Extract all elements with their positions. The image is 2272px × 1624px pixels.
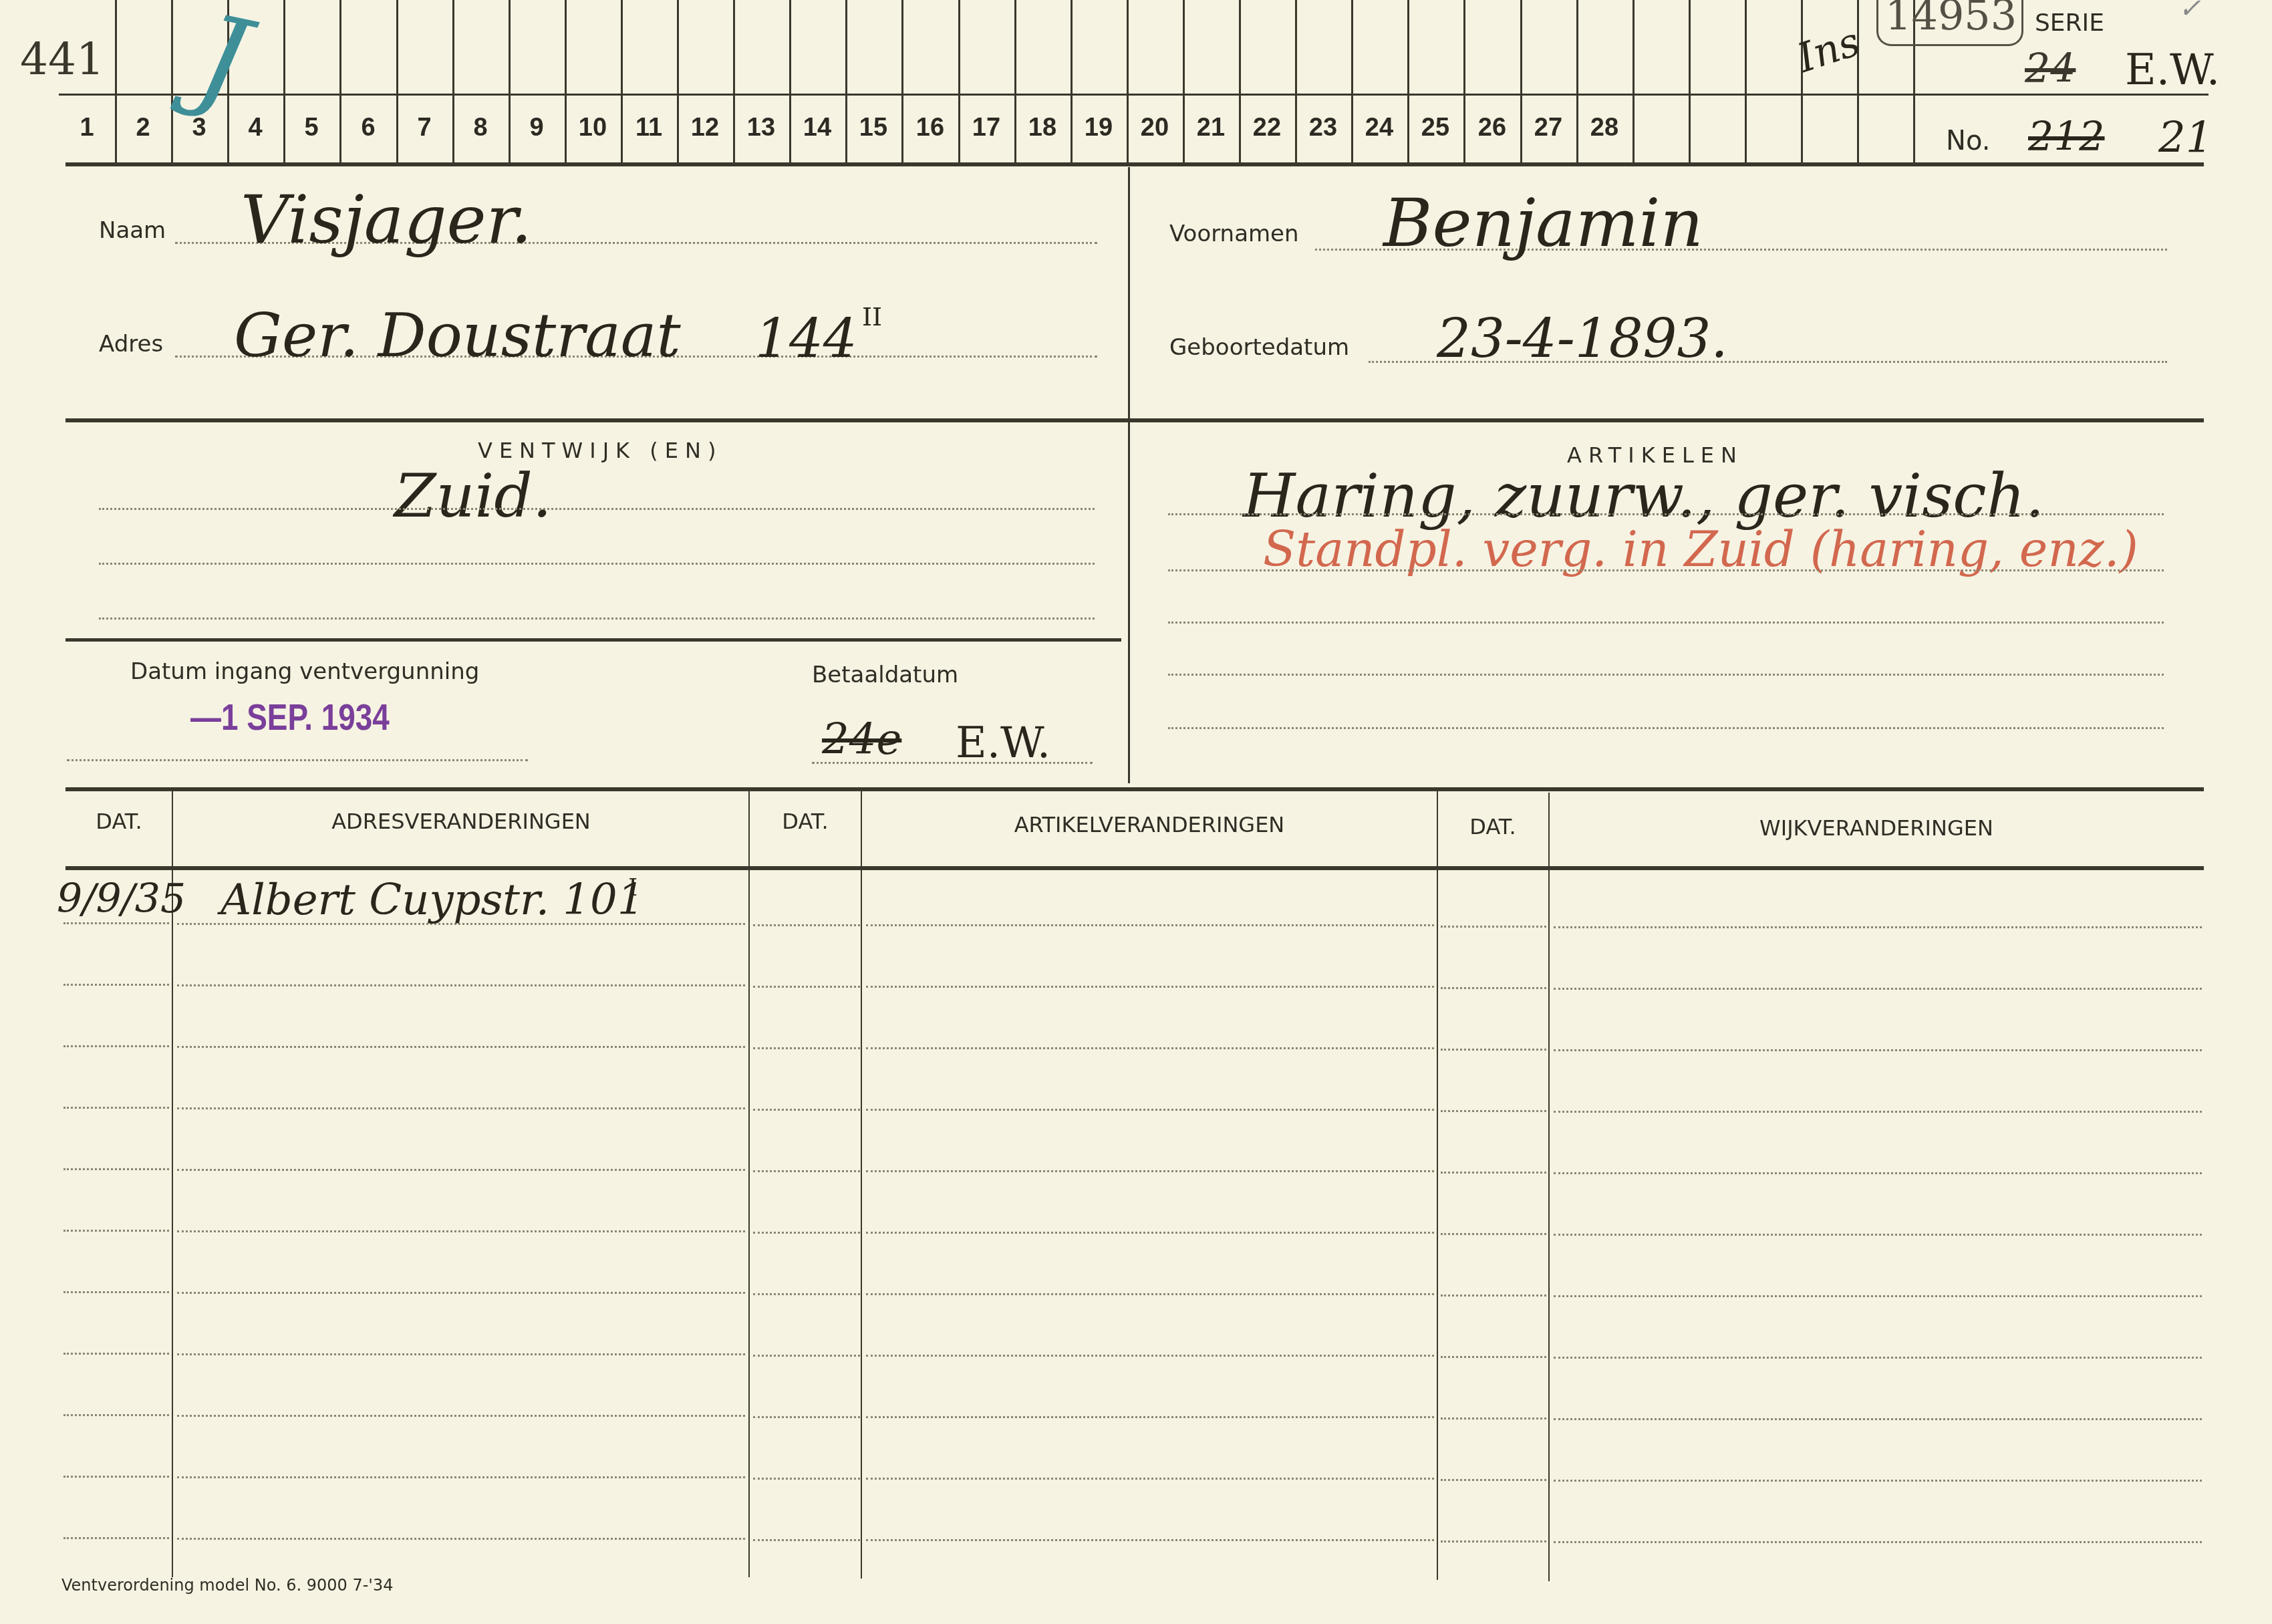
col-divider-3 [861,790,862,1579]
grid-number-2: 2 [115,114,171,142]
table-row-line [866,1293,1434,1295]
header-wijk-dat: DAT. [1437,814,1549,839]
table-row-line [1554,926,2202,928]
table-row-line [866,1170,1434,1172]
grid-number-14: 14 [789,114,845,142]
table-row-line [63,1168,169,1170]
number-label: No. [1946,126,1990,156]
table-row-line [866,924,1434,926]
ventwijk-line-2 [99,563,1095,565]
grid-column-line [1801,0,1803,164]
betaaldatum-label: Betaaldatum [812,662,958,688]
stamp-number-box: 14953 [1876,0,2023,46]
check-mark: ✓ [2178,0,2201,24]
grid-number-7: 7 [396,114,452,142]
table-row-line [63,984,169,986]
table-row-line [1441,1172,1546,1174]
geboortedatum-label: Geboortedatum [1169,334,1349,361]
artikelen-line-1 [1168,513,2164,515]
section-divider [1128,167,1130,421]
grid-number-10: 10 [565,114,621,142]
table-row-line [753,1047,860,1049]
table-row-line [1441,1417,1546,1419]
grid-column-line [1857,0,1859,164]
table-row-line [63,1537,169,1539]
table-row-line [753,1293,860,1295]
header-adres-dat: DAT. [65,809,172,834]
artikelen-line-3 [1168,622,2164,624]
row-adres-floor: I [628,874,637,902]
table-row-line [753,1539,860,1541]
table-row-line [1441,1233,1546,1235]
table-row-line [1554,1295,2202,1297]
table-row-line [1441,926,1546,928]
grid-number-13: 13 [733,114,789,142]
adres-label: Adres [99,331,163,358]
grid-column-line [1689,0,1691,164]
datum-ingang-stamp: —1 SEP. 1934 [190,695,390,738]
table-row-line [866,1478,1434,1480]
table-row-line [753,1478,860,1480]
grid-number-18: 18 [1014,114,1071,142]
ventwijk-title: VENTWIJK (EN) [478,438,722,463]
table-row-line [177,1292,745,1294]
table-row-line [1441,1356,1546,1358]
table-row-line [177,1169,745,1171]
naam-value[interactable]: Visjager. [241,180,532,259]
table-row-line [753,924,860,926]
serie-label: SERIE [2035,9,2104,37]
table-row-line [63,1107,169,1109]
ventwijk-line-1 [99,508,1095,510]
table-top-rule [65,787,2204,791]
stamp-number: 14953 [1885,0,2017,39]
table-row-line [177,1538,745,1540]
voornamen-value[interactable]: Benjamin [1383,184,1703,262]
header-adresveranderingen: ADRESVERANDERINGEN [174,809,748,834]
grid-number-12: 12 [677,114,733,142]
serie-underline [1928,94,2209,96]
grid-number-1: 1 [59,114,115,142]
table-row-line [1554,1480,2202,1482]
geboortedatum-value[interactable]: 23-4-1893. [1437,307,1728,370]
table-row-line [753,1355,860,1357]
grid-number-22: 22 [1239,114,1295,142]
ventwijk-value[interactable]: Zuid. [394,461,552,531]
table-row-line [753,1416,860,1418]
grid-number-19: 19 [1071,114,1127,142]
table-row-line [1554,1418,2202,1420]
grid-number-24: 24 [1351,114,1407,142]
grid-number-15: 15 [845,114,901,142]
section-divider-2 [1128,422,1130,783]
artikelen-line-5 [1168,727,2164,729]
table-row-line [866,1047,1434,1049]
col-divider-2 [748,789,750,1577]
table-row-line [63,1414,169,1416]
grid-number-23: 23 [1295,114,1351,142]
grid-bottom-rule [65,162,2204,166]
row-adres-date[interactable]: 9/9/35 [57,875,186,922]
table-row-line [177,1107,745,1109]
table-row-line [753,986,860,988]
datum-ingang-line [67,759,528,761]
section-rule [65,418,2204,422]
table-header-rule [65,866,2204,870]
grid-number-9: 9 [509,114,565,142]
ventwijk-line-3 [99,618,1095,620]
number-old-value: 212 [2028,114,2105,160]
grid-number-21: 21 [1183,114,1239,142]
table-row-line [866,1416,1434,1418]
voornamen-label: Voornamen [1169,221,1299,247]
header-wijkveranderingen: WIJKVERANDERINGEN [1549,815,2204,841]
adres-value[interactable]: Ger. Doustraat [234,301,681,371]
serie-new-value: E.W. [2125,45,2220,95]
table-row-line [866,986,1434,988]
table-row-line [63,1230,169,1232]
table-row-line [866,1232,1434,1234]
footer-model-text: Ventverordening model No. 6. 9000 7-'34 [61,1576,393,1595]
adres-floor: II [862,302,882,331]
artikelen-line-2 [1168,569,2164,571]
serie-old-value: 24 [2025,45,2076,92]
table-row-line [177,1353,745,1355]
table-row-line [177,1476,745,1478]
corner-number: 441 [20,33,104,85]
naam-label: Naam [99,217,166,244]
table-row-line [177,1046,745,1048]
table-row-line [63,922,169,924]
table-row-line [1441,1295,1546,1297]
betaaldatum-old: 24e [822,715,901,765]
table-row-line [1441,1110,1546,1112]
table-row-line [1441,1479,1546,1481]
grid-number-5: 5 [283,114,339,142]
table-row-line [177,1230,745,1232]
ventwijk-bottom-rule [65,638,1121,642]
table-row-line [63,1476,169,1478]
table-row-line [63,1045,169,1047]
artikelen-line-4 [1168,674,2164,676]
col-divider-5 [1548,793,1550,1581]
table-row-line [866,1109,1434,1111]
betaaldatum-new[interactable]: E.W. [956,718,1050,768]
betaaldatum-line [812,762,1093,764]
table-row-line [177,1415,745,1417]
header-artikelveranderingen: ARTIKELVERANDERINGEN [862,812,1437,837]
row-adres-value[interactable]: Albert Cuypstr. 101 [221,875,644,925]
table-row-line [177,984,745,986]
grid-number-25: 25 [1407,114,1463,142]
col-divider-4 [1437,791,1438,1580]
grid-column-line [1632,0,1635,164]
grid-number-8: 8 [452,114,509,142]
table-row-line [1554,1357,2202,1359]
table-row-line [866,1355,1434,1357]
table-row-line [753,1232,860,1234]
grid-number-17: 17 [958,114,1014,142]
blue-pencil-mark: J [187,0,259,129]
table-row-line [1554,988,2202,990]
grid-number-16: 16 [902,114,958,142]
table-row-line [1441,987,1546,989]
table-row-line [1554,1541,2202,1543]
grid-number-28: 28 [1576,114,1632,142]
grid-number-11: 11 [621,114,677,142]
adres-number[interactable]: 144 [755,307,857,370]
grid-number-26: 26 [1464,114,1520,142]
grid-number-27: 27 [1520,114,1576,142]
table-row-line [1441,1049,1546,1051]
number-new-value: 21 [2158,114,2213,163]
table-row-line [1554,1111,2202,1113]
grid-number-20: 20 [1127,114,1183,142]
table-row-line [63,1291,169,1293]
table-row-line [1554,1234,2202,1236]
table-row-line [1441,1540,1546,1542]
datum-ingang-label: Datum ingang ventvergunning [130,658,479,685]
table-row-line [866,1539,1434,1541]
table-row-line [63,1353,169,1355]
table-row-line [1554,1172,2202,1174]
table-row-line [753,1170,860,1172]
grid-number-4: 4 [227,114,283,142]
table-row-line [753,1109,860,1111]
grid-column-line [1745,0,1747,164]
header-artikel-dat: DAT. [748,809,862,834]
grid-number-6: 6 [340,114,396,142]
table-row-line [1554,1049,2202,1051]
